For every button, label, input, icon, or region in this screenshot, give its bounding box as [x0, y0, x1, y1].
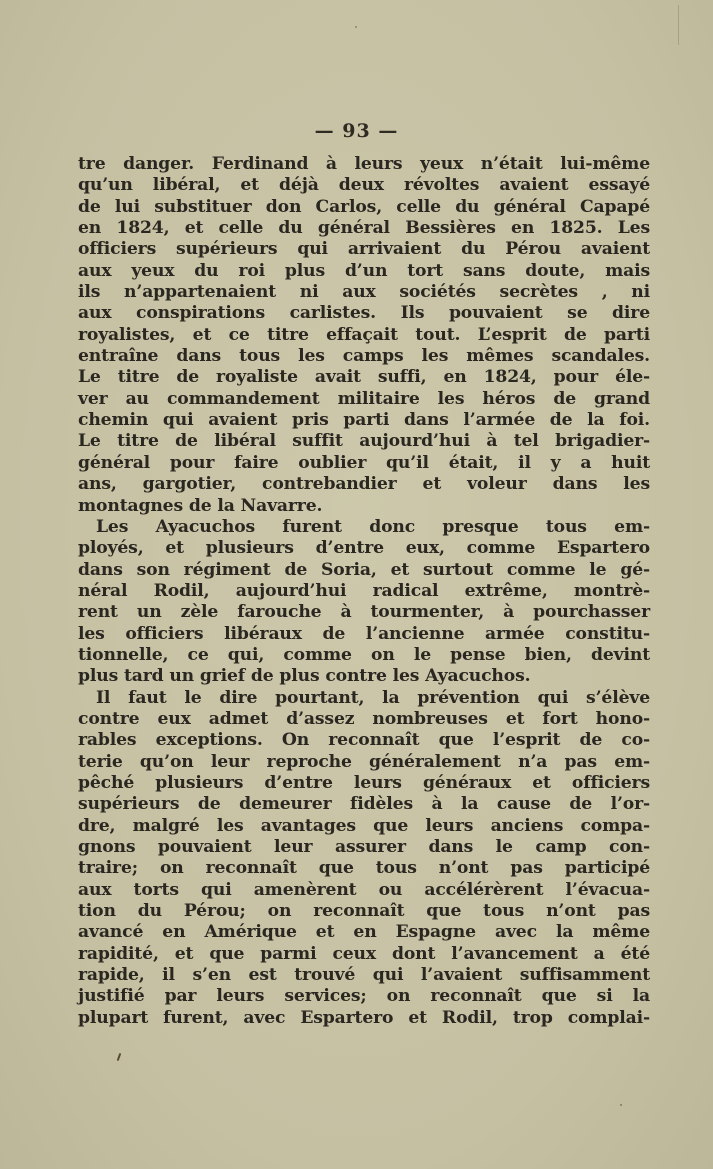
- text-line: ils n’appartenaient ni aux sociétés secr…: [78, 282, 650, 303]
- text-line: rapidité, et que parmi ceux dont l’avanc…: [78, 944, 650, 965]
- text-line: aux yeux du roi plus d’un tort sans dout…: [78, 261, 650, 282]
- text-line: traire; on reconnaît que tous n’ont pas …: [78, 858, 650, 879]
- text-line: ployés, et plusieurs d’entre eux, comme …: [78, 538, 650, 559]
- text-line: ans, gargotier, contrebandier et voleur …: [78, 474, 650, 495]
- text-line: tionnelle, ce qui, comme on le pense bie…: [78, 645, 650, 666]
- body-text: tre danger. Ferdinand à leurs yeux n’éta…: [78, 154, 650, 1029]
- text-line: terie qu’on leur reproche généralement n…: [78, 752, 650, 773]
- text-line: de lui substituer don Carlos, celle du g…: [78, 197, 650, 218]
- text-line: rables exceptions. On reconnaît que l’es…: [78, 730, 650, 751]
- text-line: justifié par leurs services; on reconnaî…: [78, 986, 650, 1007]
- text-line: ver au commandement militaire les héros …: [78, 389, 650, 410]
- text-line: contre eux admet d’assez nombreuses et f…: [78, 709, 650, 730]
- text-line: aux torts qui amenèrent ou accélérèrent …: [78, 880, 650, 901]
- text-line: Le titre de royaliste avait suffi, en 18…: [78, 367, 650, 388]
- text-line: entraîne dans tous les camps les mêmes s…: [78, 346, 650, 367]
- text-line: royalistes, et ce titre effaçait tout. L…: [78, 325, 650, 346]
- text-line: aux conspirations carlistes. Ils pouvaie…: [78, 303, 650, 324]
- text-line: néral Rodil, aujourd’hui radical extrême…: [78, 581, 650, 602]
- paper-speck: [355, 26, 357, 28]
- text-line: rent un zèle farouche à tourmenter, à po…: [78, 602, 650, 623]
- paper-speck: [117, 1053, 122, 1061]
- text-line: Il faut le dire pourtant, la prévention …: [78, 688, 650, 709]
- text-line: montagnes de la Navarre.: [78, 496, 650, 517]
- text-line: officiers supérieurs qui arrivaient du P…: [78, 239, 650, 260]
- page-number: — 93 —: [0, 120, 713, 142]
- text-line: dre, malgré les avantages que leurs anci…: [78, 816, 650, 837]
- text-line: pêché plusieurs d’entre leurs généraux e…: [78, 773, 650, 794]
- text-line: en 1824, et celle du général Bessières e…: [78, 218, 650, 239]
- text-line: qu’un libéral, et déjà deux révoltes ava…: [78, 175, 650, 196]
- text-line: plus tard un grief de plus contre les Ay…: [78, 666, 650, 687]
- book-page: — 93 — tre danger. Ferdinand à leurs yeu…: [0, 0, 713, 1169]
- text-line: avancé en Amérique et en Espagne avec la…: [78, 922, 650, 943]
- text-line: Les Ayacuchos furent donc presque tous e…: [78, 517, 650, 538]
- text-line: dans son régiment de Soria, et surtout c…: [78, 560, 650, 581]
- text-line: Le titre de libéral suffit aujourd’hui à…: [78, 431, 650, 452]
- text-line: rapide, il s’en est trouvé qui l’avaient…: [78, 965, 650, 986]
- text-line: supérieurs de demeurer fidèles à la caus…: [78, 794, 650, 815]
- text-line: chemin qui avaient pris parti dans l’arm…: [78, 410, 650, 431]
- paper-speck: [678, 5, 679, 45]
- text-line: les officiers libéraux de l’ancienne arm…: [78, 624, 650, 645]
- text-line: gnons pouvaient leur assurer dans le cam…: [78, 837, 650, 858]
- text-line: général pour faire oublier qu’il était, …: [78, 453, 650, 474]
- text-line: tre danger. Ferdinand à leurs yeux n’éta…: [78, 154, 650, 175]
- text-line: tion du Pérou; on reconnaît que tous n’o…: [78, 901, 650, 922]
- paper-speck: [620, 1104, 622, 1106]
- text-line: plupart furent, avec Espartero et Rodil,…: [78, 1008, 650, 1029]
